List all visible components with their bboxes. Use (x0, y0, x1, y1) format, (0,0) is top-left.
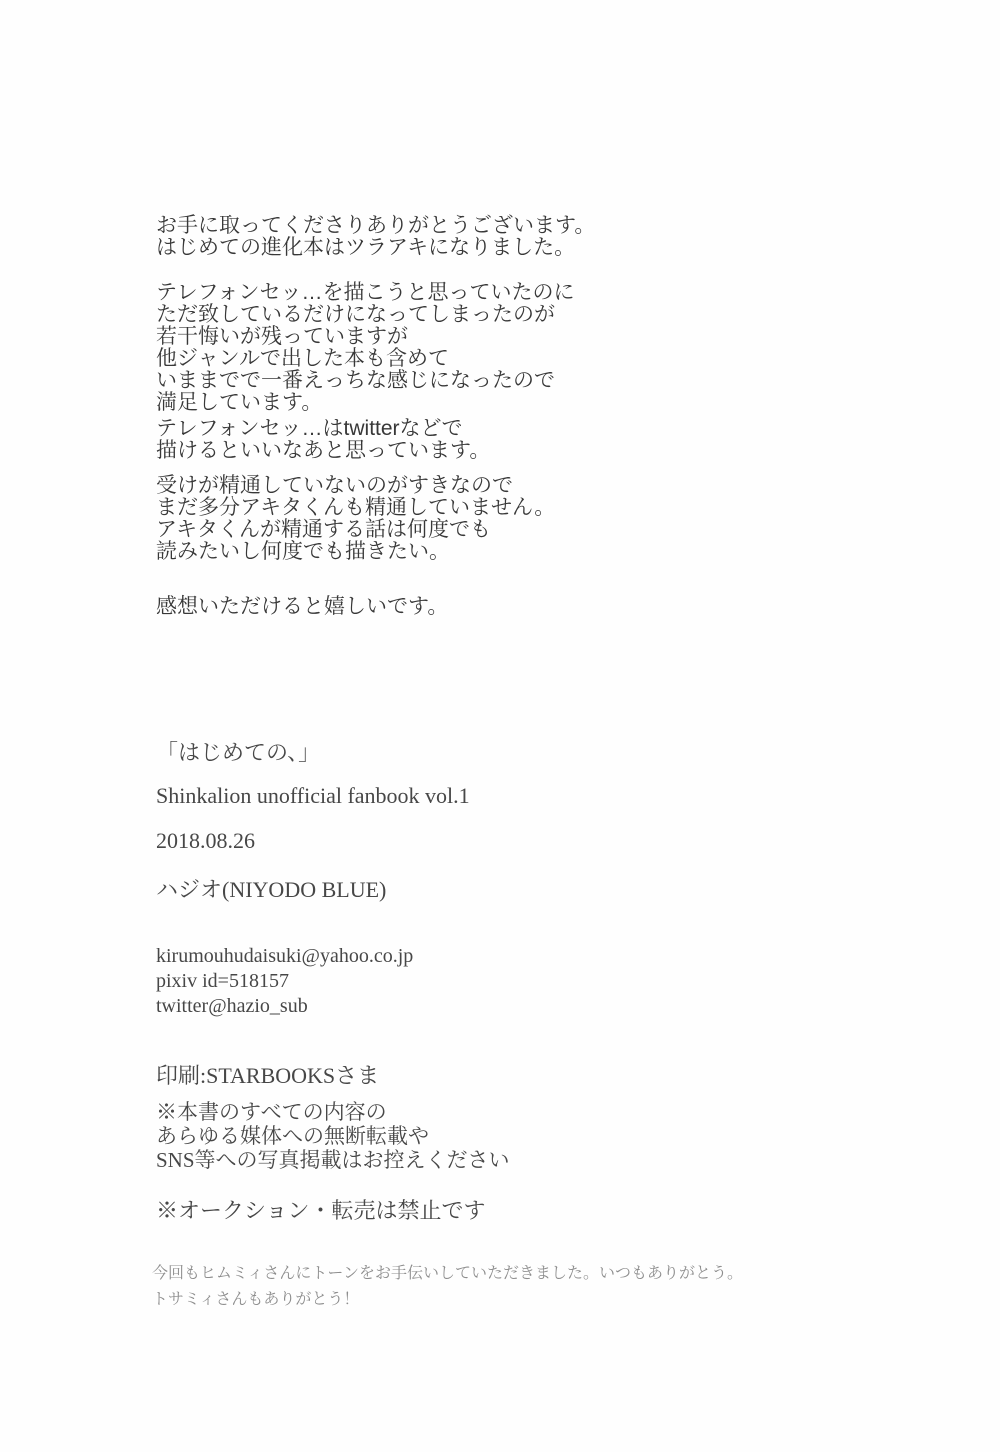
afterword-line: 若干悔いが残っていますが (156, 326, 575, 348)
afterword-line: 描けるといいなあと思っています。 (156, 440, 490, 462)
book-title: 「はじめての、」 (156, 736, 320, 767)
notice-line: ※本書のすべての内容の (156, 1100, 510, 1124)
afterword-paragraph: お手に取ってくださりありがとうございます。 はじめての進化本はツラアキになりまし… (156, 215, 595, 259)
notice-line: SNS等への写真掲載はお控えください (156, 1148, 510, 1172)
thanks-line: トサミィさんもありがとう！ (152, 1287, 743, 1313)
contact-pixiv: pixiv id=518157 (156, 969, 413, 994)
afterword-line: 感想いただけると嬉しいです。 (156, 596, 448, 618)
publish-date: 2018.08.26 (156, 828, 255, 854)
afterword-paragraph: 受けが精通していないのがすきなので まだ多分アキタくんも精通していません。 アキ… (156, 475, 555, 563)
resale-notice: ※オークション・転売は禁止です (156, 1194, 486, 1225)
afterword-line: テレフォンセッ…はtwitterなどで (156, 418, 490, 440)
contact-twitter: twitter@hazio_sub (156, 994, 413, 1019)
notice-line: あらゆる媒体への無断転載や (156, 1124, 510, 1148)
thanks-line: 今回もヒムミィさんにトーンをお手伝いしていただきました。いつもありがとう。 (152, 1261, 743, 1287)
scanned-page: お手に取ってくださりありがとうございます。 はじめての進化本はツラアキになりまし… (0, 0, 1000, 1452)
afterword-line: アキタくんが精通する話は何度でも (156, 519, 555, 541)
afterword-paragraph: 感想いただけると嬉しいです。 (156, 596, 448, 618)
afterword-line: はじめての進化本はツラアキになりました。 (156, 237, 595, 259)
afterword-line: いままでで一番えっちな感じになったので (156, 370, 575, 392)
afterword-paragraph: テレフォンセッ…はtwitterなどで 描けるといいなあと思っています。 (156, 418, 490, 462)
afterword-line: お手に取ってくださりありがとうございます。 (156, 215, 595, 237)
printer-credit: 印刷:STARBOOKSさま (156, 1059, 379, 1090)
afterword-line: 受けが精通していないのがすきなので (156, 475, 555, 497)
contact-email: kirumouhudaisuki@yahoo.co.jp (156, 944, 413, 969)
afterword-line: 満足しています。 (156, 392, 575, 414)
reproduction-notice: ※本書のすべての内容の あらゆる媒体への無断転載や SNS等への写真掲載はお控え… (156, 1100, 510, 1172)
thanks-note: 今回もヒムミィさんにトーンをお手伝いしていただきました。いつもありがとう。 トサ… (152, 1261, 743, 1313)
author-credit: ハジオ(NIYODO BLUE) (156, 873, 386, 904)
afterword-line: まだ多分アキタくんも精通していません。 (156, 497, 555, 519)
afterword-line: 他ジャンルで出した本も含めて (156, 348, 575, 370)
afterword-paragraph: テレフォンセッ…を描こうと思っていたのに ただ致しているだけになってしまったのが… (156, 282, 575, 414)
afterword-line: 読みたいし何度でも描きたい。 (156, 541, 555, 563)
book-subtitle: Shinkalion unofficial fanbook vol.1 (156, 783, 470, 809)
contact-info: kirumouhudaisuki@yahoo.co.jp pixiv id=51… (156, 944, 413, 1019)
afterword-line: ただ致しているだけになってしまったのが (156, 304, 575, 326)
afterword-line: テレフォンセッ…を描こうと思っていたのに (156, 282, 575, 304)
